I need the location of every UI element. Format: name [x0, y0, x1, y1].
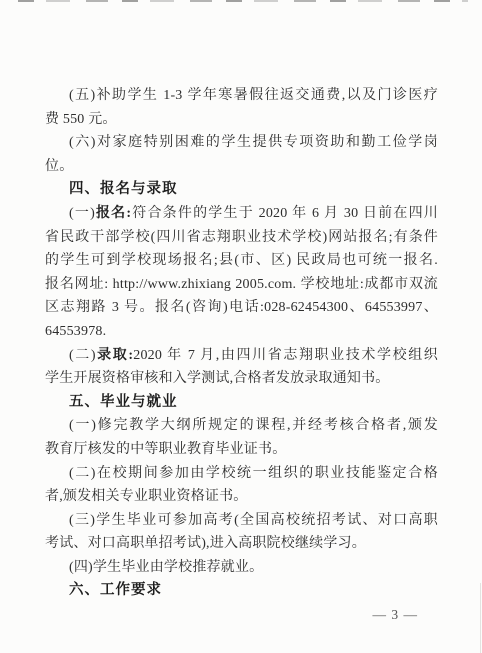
text-line: 的学生可到学校现场报名;县(市、区) 民政局也可统一报名. — [45, 249, 438, 273]
text-line: (六)对家庭特别困难的学生提供专项资助和勤工俭学岗 — [45, 131, 438, 155]
list-number: (一) — [69, 206, 95, 221]
text-line: 省民政干部学校(四川省志翔职业技术学校)网站报名;有条件 — [45, 226, 438, 250]
text-line: 区志翔路 3 号。报名(咨询)电话:028-62454300、64553997、 — [45, 296, 438, 320]
text-line: 者,颁发相关专业职业资格证书。 — [45, 485, 438, 509]
scan-artifact-top-edge — [18, 0, 468, 2]
text-line: 学生开展资格审核和入学测试,合格者发放录取通知书。 — [45, 367, 438, 391]
section-heading: 六、工作要求 — [45, 579, 438, 603]
text-line: 教育厅核发的中等职业教育毕业证书。 — [45, 438, 438, 462]
text-line: (二)录取:2020 年 7 月,由四川省志翔职业技术学校组织 — [45, 344, 438, 368]
text-line: (一)修完教学大纲所规定的课程,并经考核合格者,颁发 — [45, 414, 438, 438]
text-line: (四)学生毕业由学校推荐就业。 — [45, 556, 438, 580]
run-in-label: 报名: — [95, 206, 131, 221]
text-line: (一)报名:符合条件的学生于 2020 年 6 月 30 日前在四川 — [45, 202, 438, 226]
list-number: (二) — [69, 348, 96, 363]
scan-artifact-right-edge — [480, 583, 481, 653]
line-text: 符合条件的学生于 2020 年 6 月 30 日前在四川 — [131, 206, 438, 221]
text-line: (五)补助学生 1-3 学年寒暑假往返交通费,以及门诊医疗 — [45, 84, 438, 108]
text-line: 报名网址: http://www.zhixiang 2005.com. 学校地址… — [45, 273, 438, 297]
text-line: 费 550 元。 — [45, 108, 438, 132]
section-heading: 四、报名与录取 — [45, 178, 438, 202]
text-line: (三)学生毕业可参加高考(全国高校统招考试、对口高职 — [45, 509, 438, 533]
run-in-label: 录取: — [96, 348, 134, 363]
section-heading: 五、毕业与就业 — [45, 391, 438, 415]
text-line: 位。 — [45, 155, 438, 179]
page-number: — 3 — — [45, 607, 438, 623]
line-text: 2020 年 7 月,由四川省志翔职业技术学校组织 — [133, 348, 438, 363]
text-line: 考试、对口高职单招考试),进入高职院校继续学习。 — [45, 532, 438, 556]
document-body: (五)补助学生 1-3 学年寒暑假往返交通费,以及门诊医疗 费 550 元。 (… — [45, 84, 438, 603]
text-line: 64553978. — [45, 320, 438, 344]
text-line: (二)在校期间参加由学校统一组织的职业技能鉴定合格 — [45, 462, 438, 486]
